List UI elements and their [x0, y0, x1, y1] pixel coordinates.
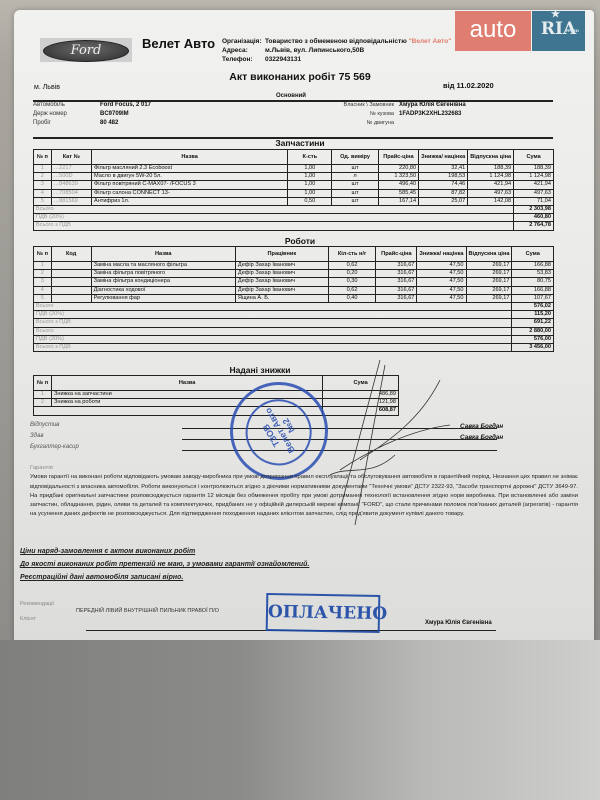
column-header: Назва	[91, 247, 235, 262]
table-cell: шт	[332, 181, 378, 189]
total-label: Всього	[34, 205, 514, 213]
table-cell: 0,50	[288, 197, 332, 205]
column-header: Кіл-сть н/г	[328, 247, 376, 262]
table-cell: 53,83	[512, 270, 554, 278]
total-label: ПДВ (20%)	[34, 311, 512, 319]
total-value: 576,00	[512, 335, 554, 343]
vehicle-labels: Автомобіль Держ номер Пробіг	[33, 101, 67, 128]
total-label: ПДВ (20%)	[34, 335, 512, 343]
table-cell: 316,67	[376, 286, 417, 294]
table-cell: 1	[34, 165, 52, 173]
table-cell: 1	[34, 262, 52, 270]
ford-logo: Ford	[40, 38, 132, 62]
table-row: 4…708504Фільтр салона CONNECT 13-1,00шт5…	[34, 189, 554, 197]
table-cell: шт	[332, 189, 378, 197]
table-cell: 142,08	[468, 197, 514, 205]
table-cell: 269,17	[466, 278, 512, 286]
table-cell: 5	[34, 294, 52, 302]
company-name: Велет Авто	[142, 36, 215, 51]
table-cell: Ящина А. Б.	[235, 294, 328, 302]
table-cell: 80,75	[512, 278, 554, 286]
total-row: Всього2 303,98	[34, 205, 554, 213]
table-row: 4Діагностика ходовоїДефір Захар Іванович…	[34, 286, 554, 294]
table-cell: Заміна фільтра кондиціонера	[91, 278, 235, 286]
table-row: 1Заміна масла та масляного фільтраДефір …	[34, 262, 554, 270]
table-cell: 47,50	[417, 294, 466, 302]
table-header-row: № пКат №НазваК-стьОд. виміруПрайс-цінаЗн…	[34, 150, 554, 165]
table-row: 2Заміна фільтра повітряногоДефір Захар І…	[34, 270, 554, 278]
table-cell: Заміна фільтра повітряного	[91, 270, 235, 278]
table-cell: 2	[34, 399, 52, 407]
table-cell: 1 124,98	[468, 173, 514, 181]
table-cell: 585,45	[378, 189, 418, 197]
table-cell: 269,17	[466, 262, 512, 270]
table-cell: шт	[332, 197, 378, 205]
table-cell: 421,94	[468, 181, 514, 189]
total-label: Всього	[34, 302, 512, 310]
total-row: Всього2 880,00	[34, 327, 554, 335]
table-cell: 47,50	[417, 262, 466, 270]
table-cell: 316,67	[376, 294, 417, 302]
table-cell: 496,40	[378, 181, 418, 189]
paid-stamp: ОПЛАЧЕНО	[266, 593, 381, 633]
table-header-row: № пКодНазваПрацівникКіл-сть н/гПрайс-цін…	[34, 247, 554, 262]
table-cell: 167,14	[378, 197, 418, 205]
table-cell: 0,40	[328, 294, 376, 302]
background-surface	[0, 640, 600, 800]
total-label: Всього з ПДВ	[34, 319, 512, 327]
signature-labels: Відпустив Здав Бухгалтер-касир	[30, 420, 79, 453]
total-value: 2 764,78	[514, 222, 554, 230]
table-cell: …2217	[51, 165, 91, 173]
total-label: ПДВ (20%)	[34, 214, 514, 222]
table-cell: Дефір Захар Іванович	[235, 262, 328, 270]
total-label: Всього	[34, 327, 512, 335]
column-header: К-сть	[288, 150, 332, 165]
column-header: № п	[34, 376, 52, 391]
column-header: Відпускна ціна	[468, 150, 514, 165]
autoria-watermark: auto ★ RIA .com	[455, 11, 585, 51]
table-cell: 166,88	[512, 286, 554, 294]
column-header: Сума	[512, 247, 554, 262]
watermark-auto: auto	[455, 11, 531, 51]
table-cell: 269,17	[466, 286, 512, 294]
table-cell: 316,67	[376, 278, 417, 286]
table-cell: 3	[34, 181, 52, 189]
total-label: Всього з ПДВ	[34, 343, 512, 351]
table-row: 3Заміна фільтра кондиціонераДефір Захар …	[34, 278, 554, 286]
table-cell: 269,17	[466, 270, 512, 278]
table-cell	[51, 270, 91, 278]
table-cell: 32,41	[419, 165, 468, 173]
table-cell: 5	[34, 197, 52, 205]
total-row: Всього з ПДВ691,22	[34, 319, 554, 327]
table-cell: …848639	[51, 181, 91, 189]
table-cell: 3	[34, 278, 52, 286]
table-cell: 1,00	[288, 165, 332, 173]
table-cell: Фільтр повітряний C-MAX07- /FOCUS 3	[91, 181, 287, 189]
table-cell: 71,04	[514, 197, 554, 205]
table-cell: 2	[34, 173, 52, 181]
table-cell: 1 124,98	[514, 173, 554, 181]
owner-name: Хмура Юлія Євгенівна	[399, 101, 466, 110]
owner-values: Хмура Юлія Євгенівна 1FADP3K2XHL232683	[399, 101, 466, 128]
address: м.Львів, вул. Липинського,50В	[265, 46, 451, 55]
organization: Товариство з обмеженою відповідальністю	[265, 38, 407, 45]
table-cell: 497,63	[514, 189, 554, 197]
column-header: Прайс-ціна	[376, 247, 417, 262]
table-cell: 25,07	[419, 197, 468, 205]
table-cell: 1	[34, 391, 52, 399]
column-header: Кат №	[51, 150, 91, 165]
table-cell: 1,00	[288, 181, 332, 189]
table-row: 1…2217Фільтр масляний 2.3 Ecoboost1,00шт…	[34, 165, 554, 173]
table-cell: 47,50	[417, 270, 466, 278]
table-cell: 87,82	[419, 189, 468, 197]
table-cell: 47,50	[417, 286, 466, 294]
table-cell: Дефір Захар Іванович	[235, 270, 328, 278]
table-cell: Заміна масла та масляного фільтра	[91, 262, 235, 270]
table-cell: 4	[34, 286, 52, 294]
table-row: 5…881569Антифриз 1л.0,50шт167,1425,07142…	[34, 197, 554, 205]
table-cell: …500D	[51, 173, 91, 181]
owner-labels: Власник \ Замовник № кузова № двигуна	[320, 101, 394, 128]
table-cell: 0,30	[328, 278, 376, 286]
org-values: Товариство з обмеженою відповідальністю …	[265, 37, 451, 64]
watermark-ria: ★ RIA .com	[532, 11, 585, 51]
table-cell: 107,67	[512, 294, 554, 302]
table-cell	[51, 286, 91, 294]
column-header: № п	[34, 150, 52, 165]
total-value: 2 303,98	[514, 205, 554, 213]
document-title: Акт виконаних робіт 75 569	[0, 71, 600, 83]
total-value: 2 880,00	[512, 327, 554, 335]
table-cell: 166,88	[512, 262, 554, 270]
table-cell: …881569	[51, 197, 91, 205]
table-cell: Масло в двигун 5W-20 5л.	[91, 173, 287, 181]
table-cell: 47,50	[417, 278, 466, 286]
table-row: 3…848639Фільтр повітряний C-MAX07- /FOCU…	[34, 181, 554, 189]
column-header: Знижка/ націнка	[419, 150, 468, 165]
org-labels: Організація: Адреса: Телефон:	[222, 37, 262, 64]
total-label: Всього з ПДВ	[34, 222, 514, 230]
table-cell	[51, 294, 91, 302]
table-cell	[51, 278, 91, 286]
parts-section-title: Запчастини	[0, 138, 600, 148]
star-icon: ★	[551, 10, 560, 20]
footer-labels: Рекомендації Клієнт	[20, 597, 54, 627]
table-cell: 2	[34, 270, 52, 278]
parts-table: № пКат №НазваК-стьОд. виміруПрайс-цінаЗн…	[33, 149, 554, 231]
vin: 1FADP3K2XHL232683	[399, 110, 466, 119]
total-row: ПДВ (20%)115,20	[34, 311, 554, 319]
works-table: № пКодНазваПрацівникКіл-сть н/гПрайс-цін…	[33, 246, 554, 352]
table-cell: 1,00	[288, 189, 332, 197]
column-header: Од. виміру	[332, 150, 378, 165]
table-cell: Дефір Захар Іванович	[235, 286, 328, 294]
table-cell: Дефір Захар Іванович	[235, 278, 328, 286]
total-value: 576,02	[512, 302, 554, 310]
table-cell: 0,62	[328, 286, 376, 294]
table-cell: 188,39	[468, 165, 514, 173]
table-cell: 74,46	[419, 181, 468, 189]
table-cell: 497,63	[468, 189, 514, 197]
phone: 0322943131	[265, 55, 451, 64]
column-header: Відпускна ціна	[466, 247, 512, 262]
table-row: 2…500DМасло в двигун 5W-20 5л.1,00л1 323…	[34, 173, 554, 181]
ford-oval-icon: Ford	[43, 40, 129, 62]
vehicle-mileage: 80 482	[100, 119, 151, 128]
total-row: ПДВ (20%)576,00	[34, 335, 554, 343]
table-cell: Фільтр масляний 2.3 Ecoboost	[91, 165, 287, 173]
table-cell: 421,94	[514, 181, 554, 189]
total-row: Всього576,02	[34, 302, 554, 310]
column-header: Код	[51, 247, 91, 262]
vehicle-model: Ford Focus, 2 017	[100, 101, 151, 110]
total-value: 3 456,00	[512, 343, 554, 351]
document-date: від 11.02.2020	[443, 81, 494, 90]
document-type: Основний	[276, 93, 306, 99]
total-value: 115,20	[512, 311, 554, 319]
recommendation-note: ПЕРЕДНІЙ ЛІВИЙ ВНУТРІШНІЙ ПИЛЬНИК ПРАВОЇ…	[76, 608, 219, 614]
column-header: Назва	[91, 150, 287, 165]
column-header: Знижка/ націнка	[417, 247, 466, 262]
table-cell: л	[332, 173, 378, 181]
total-value: 691,22	[512, 319, 554, 327]
guarantee-text: Гарантія Умови гарантії на виконані робо…	[30, 464, 578, 520]
table-cell: Фільтр салона CONNECT 13-	[91, 189, 287, 197]
table-row: 5Регулювання фарЯщина А. Б.0,40316,6747,…	[34, 294, 554, 302]
table-cell: Антифриз 1л.	[91, 197, 287, 205]
total-row: ПДВ (20%)460,80	[34, 214, 554, 222]
table-cell: 220,80	[378, 165, 418, 173]
column-header: № п	[34, 247, 52, 262]
total-value: 460,80	[514, 214, 554, 222]
column-header: Сума	[514, 150, 554, 165]
total-row: Всього з ПДВ3 456,00	[34, 343, 554, 351]
table-cell: Діагностика ходової	[91, 286, 235, 294]
table-cell: 316,67	[376, 262, 417, 270]
column-header: Працівник	[235, 247, 328, 262]
table-cell: 316,67	[376, 270, 417, 278]
vehicle-plate: BC9709IM	[100, 110, 151, 119]
table-cell: 0,20	[328, 270, 376, 278]
table-cell: 269,17	[466, 294, 512, 302]
table-cell: 1 323,50	[378, 173, 418, 181]
table-cell: 188,39	[514, 165, 554, 173]
table-cell: Регулювання фар	[91, 294, 235, 302]
works-section-title: Роботи	[0, 236, 600, 246]
column-header: Прайс-ціна	[378, 150, 418, 165]
table-cell: 198,53	[419, 173, 468, 181]
table-cell: 1,00	[288, 173, 332, 181]
client-name: Хмура Юлія Євгенівна	[425, 620, 492, 626]
table-cell: 4	[34, 189, 52, 197]
engine-number	[399, 119, 466, 128]
vehicle-values: Ford Focus, 2 017 BC9709IM 80 482	[100, 101, 151, 128]
confirmations: Ціни наряд-замовлення є актом виконаних …	[20, 545, 309, 584]
table-cell: 0,62	[328, 262, 376, 270]
table-cell	[51, 262, 91, 270]
city: м. Львів	[34, 84, 60, 91]
total-row: Всього з ПДВ2 764,78	[34, 222, 554, 230]
table-cell: …708504	[51, 189, 91, 197]
table-cell: шт	[332, 165, 378, 173]
